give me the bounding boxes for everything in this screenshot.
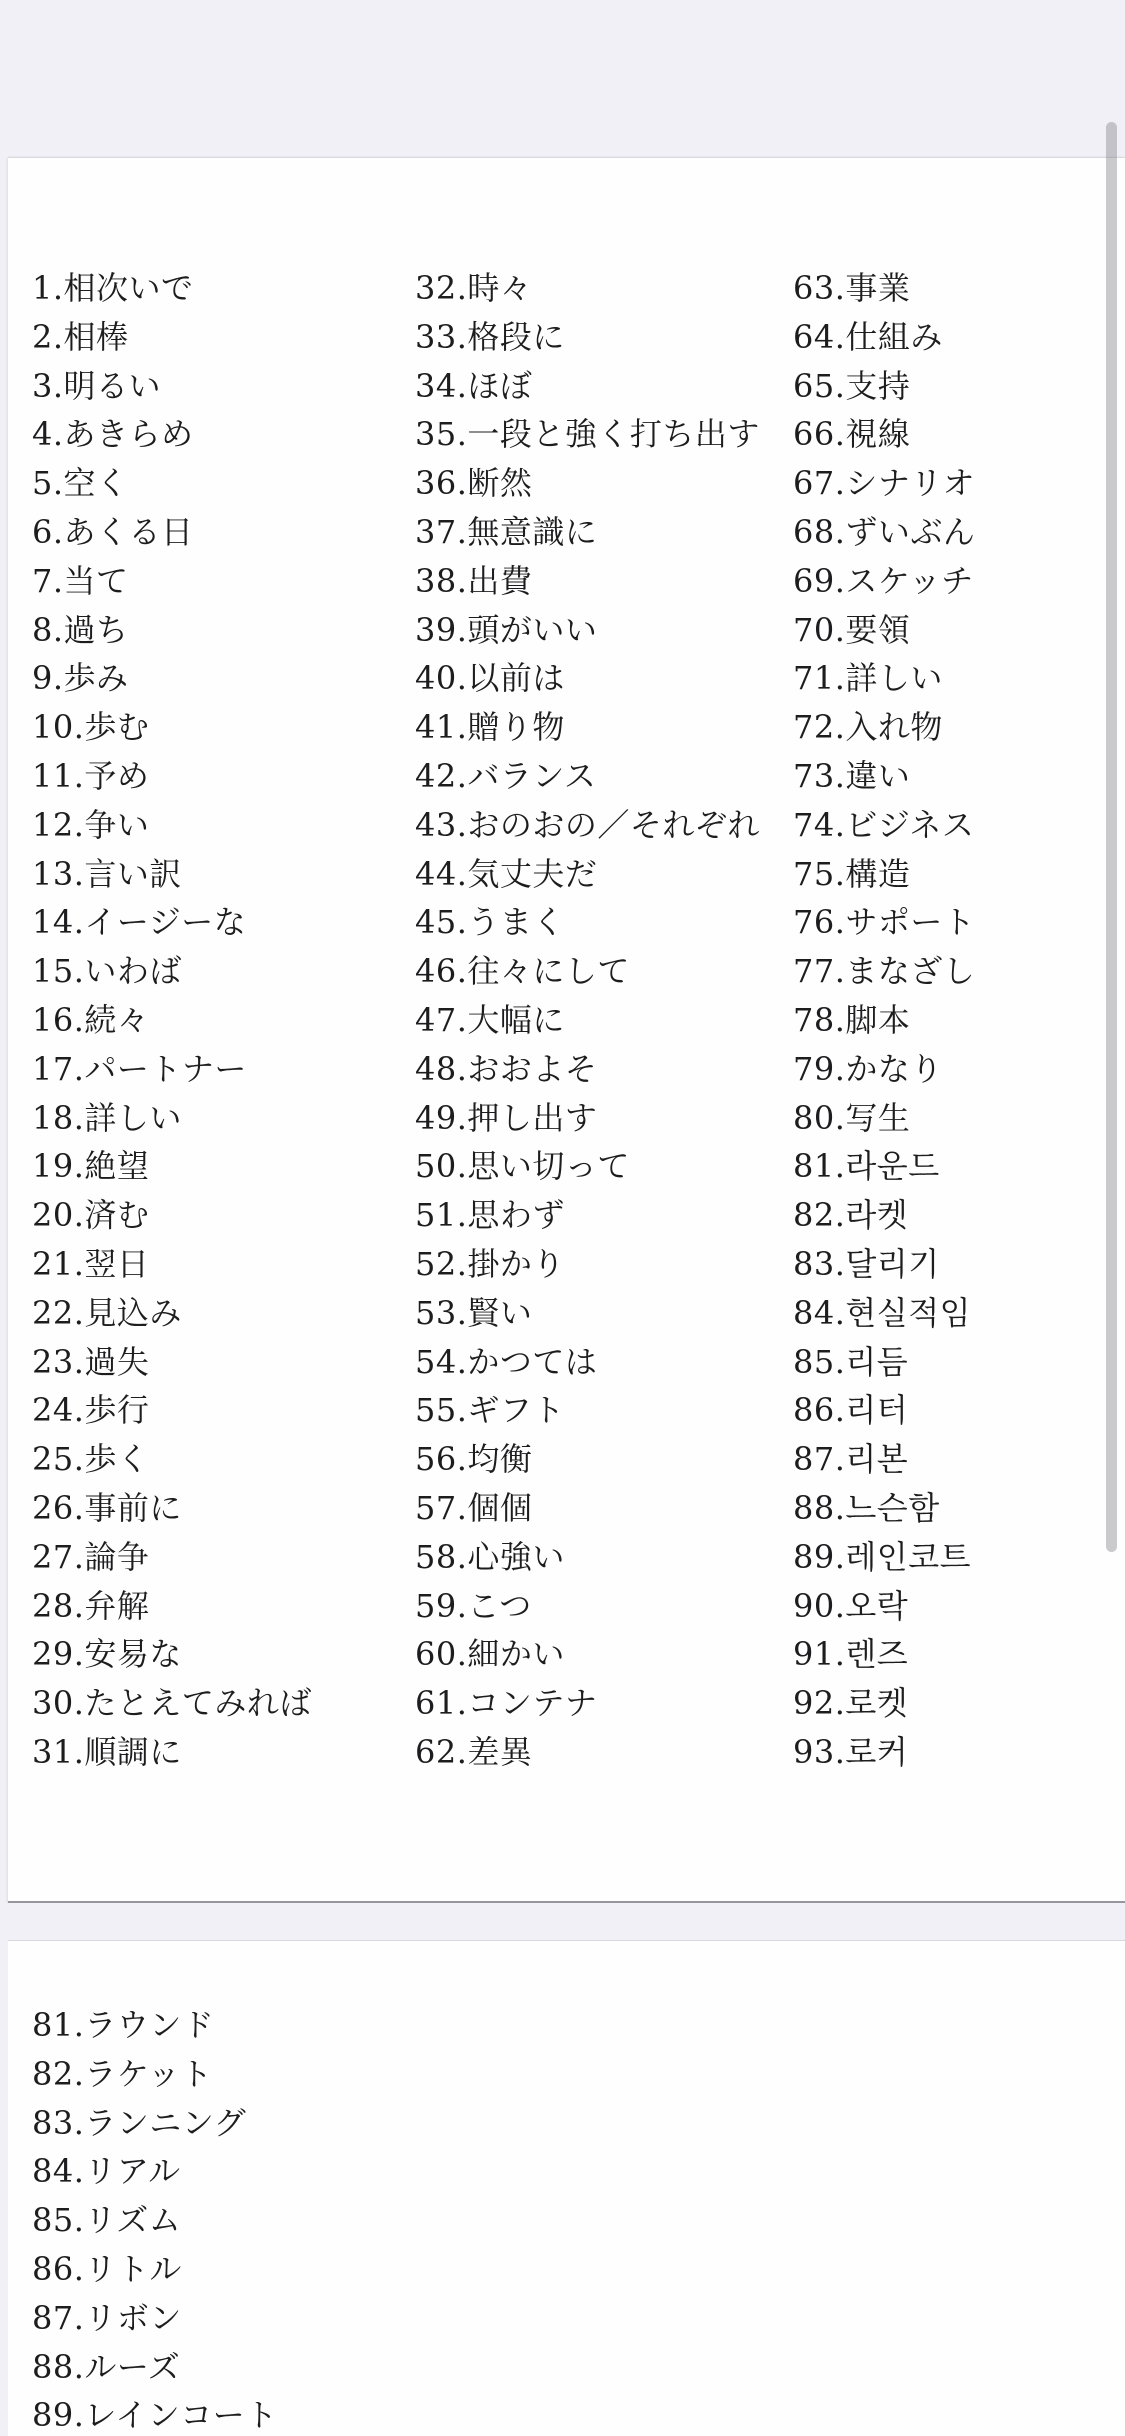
list-item: 57.個個 bbox=[415, 1484, 793, 1533]
vocab-column-3: 63.事業64.仕組み65.支持66.視線67.シナリオ68.ずいぶん69.スケ… bbox=[793, 264, 1125, 1777]
vocab-column-2: 32.時々33.格段に34.ほぼ35.一段と強く打ち出す36.断然37.無意識に… bbox=[415, 264, 793, 1777]
list-item: 66.視線 bbox=[793, 410, 1125, 459]
page-background-top bbox=[0, 0, 1125, 157]
list-item: 34.ほぼ bbox=[415, 362, 793, 411]
list-item: 61.コンテナ bbox=[415, 1679, 793, 1728]
list-item: 27.論争 bbox=[32, 1533, 415, 1582]
list-item: 31.順調に bbox=[32, 1728, 415, 1777]
list-item: 55.ギフト bbox=[415, 1386, 793, 1435]
list-item: 36.断然 bbox=[415, 459, 793, 508]
list-item: 69.スケッチ bbox=[793, 557, 1125, 606]
list-item: 63.事業 bbox=[793, 264, 1125, 313]
list-item: 78.脚本 bbox=[793, 996, 1125, 1045]
list-item: 84.현실적임 bbox=[793, 1289, 1125, 1338]
vocab-column-secondary: 81.ラウンド82.ラケット83.ランニング84.リアル85.リズム86.リトル… bbox=[32, 2001, 1125, 2436]
list-item: 85.リズム bbox=[32, 2196, 1125, 2245]
list-item: 87.리본 bbox=[793, 1435, 1125, 1484]
list-item: 19.絶望 bbox=[32, 1142, 415, 1191]
list-item: 54.かつては bbox=[415, 1338, 793, 1387]
list-item: 87.リボン bbox=[32, 2294, 1125, 2343]
list-item: 49.押し出す bbox=[415, 1094, 793, 1143]
list-item: 91.렌즈 bbox=[793, 1630, 1125, 1679]
list-item: 89.레인코트 bbox=[793, 1533, 1125, 1582]
list-item: 53.賢い bbox=[415, 1289, 793, 1338]
list-item: 72.入れ物 bbox=[793, 703, 1125, 752]
list-item: 44.気丈夫だ bbox=[415, 850, 793, 899]
list-item: 79.かなり bbox=[793, 1045, 1125, 1094]
list-item: 8.過ち bbox=[32, 606, 415, 655]
list-item: 38.出費 bbox=[415, 557, 793, 606]
list-item: 28.弁解 bbox=[32, 1582, 415, 1631]
list-item: 10.歩む bbox=[32, 703, 415, 752]
list-item: 32.時々 bbox=[415, 264, 793, 313]
list-item: 77.まなざし bbox=[793, 947, 1125, 996]
list-item: 86.리터 bbox=[793, 1386, 1125, 1435]
list-item: 24.歩行 bbox=[32, 1386, 415, 1435]
list-item: 37.無意識に bbox=[415, 508, 793, 557]
list-item: 39.頭がいい bbox=[415, 606, 793, 655]
list-item: 67.シナリオ bbox=[793, 459, 1125, 508]
list-item: 47.大幅に bbox=[415, 996, 793, 1045]
list-item: 64.仕組み bbox=[793, 313, 1125, 362]
vocab-columns: 1.相次いで2.相棒3.明るい4.あきらめ5.空く6.あくる日7.当て8.過ち9… bbox=[32, 264, 1125, 1777]
list-item: 83.ランニング bbox=[32, 2099, 1125, 2148]
list-item: 90.오락 bbox=[793, 1582, 1125, 1631]
list-item: 82.ラケット bbox=[32, 2050, 1125, 2099]
list-item: 12.争い bbox=[32, 801, 415, 850]
list-item: 76.サポート bbox=[793, 898, 1125, 947]
list-item: 21.翌日 bbox=[32, 1240, 415, 1289]
list-item: 56.均衡 bbox=[415, 1435, 793, 1484]
list-item: 92.로켓 bbox=[793, 1679, 1125, 1728]
list-item: 13.言い訳 bbox=[32, 850, 415, 899]
list-item: 84.リアル bbox=[32, 2147, 1125, 2196]
scrollbar-thumb[interactable] bbox=[1106, 122, 1117, 1552]
list-item: 65.支持 bbox=[793, 362, 1125, 411]
list-item: 9.歩み bbox=[32, 654, 415, 703]
list-item: 42.バランス bbox=[415, 752, 793, 801]
vocab-list-card-secondary: 81.ラウンド82.ラケット83.ランニング84.リアル85.リズム86.リトル… bbox=[8, 1940, 1125, 2436]
list-item: 89.レインコート bbox=[32, 2391, 1125, 2436]
list-item: 62.差異 bbox=[415, 1728, 793, 1777]
list-item: 43.おのおの／それぞれ bbox=[415, 801, 793, 850]
list-item: 74.ビジネス bbox=[793, 801, 1125, 850]
list-item: 85.리듬 bbox=[793, 1338, 1125, 1387]
list-item: 2.相棒 bbox=[32, 313, 415, 362]
list-item: 75.構造 bbox=[793, 850, 1125, 899]
list-item: 18.詳しい bbox=[32, 1094, 415, 1143]
list-item: 3.明るい bbox=[32, 362, 415, 411]
vocab-column-1: 1.相次いで2.相棒3.明るい4.あきらめ5.空く6.あくる日7.当て8.過ち9… bbox=[32, 264, 415, 1777]
list-item: 14.イージーな bbox=[32, 898, 415, 947]
list-item: 52.掛かり bbox=[415, 1240, 793, 1289]
list-item: 29.安易な bbox=[32, 1630, 415, 1679]
list-item: 59.こつ bbox=[415, 1582, 793, 1631]
list-item: 25.歩く bbox=[32, 1435, 415, 1484]
list-item: 88.느슨함 bbox=[793, 1484, 1125, 1533]
list-item: 68.ずいぶん bbox=[793, 508, 1125, 557]
list-item: 88.ルーズ bbox=[32, 2343, 1125, 2392]
mobile-viewport: 1.相次いで2.相棒3.明るい4.あきらめ5.空く6.あくる日7.当て8.過ち9… bbox=[0, 0, 1125, 2436]
list-item: 45.うまく bbox=[415, 898, 793, 947]
list-item: 33.格段に bbox=[415, 313, 793, 362]
list-item: 7.当て bbox=[32, 557, 415, 606]
list-item: 5.空く bbox=[32, 459, 415, 508]
list-item: 6.あくる日 bbox=[32, 508, 415, 557]
list-item: 51.思わず bbox=[415, 1191, 793, 1240]
list-item: 73.違い bbox=[793, 752, 1125, 801]
list-item: 86.リトル bbox=[32, 2245, 1125, 2294]
list-item: 20.済む bbox=[32, 1191, 415, 1240]
list-item: 82.라켓 bbox=[793, 1191, 1125, 1240]
list-item: 58.心強い bbox=[415, 1533, 793, 1582]
list-item: 48.おおよそ bbox=[415, 1045, 793, 1094]
vocab-list-card-primary: 1.相次いで2.相棒3.明るい4.あきらめ5.空く6.あくる日7.当て8.過ち9… bbox=[8, 157, 1125, 1903]
list-item: 40.以前は bbox=[415, 654, 793, 703]
list-item: 41.贈り物 bbox=[415, 703, 793, 752]
list-item: 22.見込み bbox=[32, 1289, 415, 1338]
list-item: 50.思い切って bbox=[415, 1142, 793, 1191]
list-item: 46.往々にして bbox=[415, 947, 793, 996]
list-item: 23.過失 bbox=[32, 1338, 415, 1387]
list-item: 71.詳しい bbox=[793, 654, 1125, 703]
list-item: 16.続々 bbox=[32, 996, 415, 1045]
list-item: 35.一段と強く打ち出す bbox=[415, 410, 793, 459]
list-item: 83.달리기 bbox=[793, 1240, 1125, 1289]
list-item: 4.あきらめ bbox=[32, 410, 415, 459]
list-item: 1.相次いで bbox=[32, 264, 415, 313]
card-gap bbox=[0, 1903, 1125, 1940]
list-item: 60.細かい bbox=[415, 1630, 793, 1679]
list-item: 70.要領 bbox=[793, 606, 1125, 655]
list-item: 80.写生 bbox=[793, 1094, 1125, 1143]
list-item: 11.予め bbox=[32, 752, 415, 801]
list-item: 30.たとえてみれば bbox=[32, 1679, 415, 1728]
list-item: 17.パートナー bbox=[32, 1045, 415, 1094]
list-item: 93.로커 bbox=[793, 1728, 1125, 1777]
list-item: 81.라운드 bbox=[793, 1142, 1125, 1191]
list-item: 81.ラウンド bbox=[32, 2001, 1125, 2050]
list-item: 15.いわば bbox=[32, 947, 415, 996]
list-item: 26.事前に bbox=[32, 1484, 415, 1533]
